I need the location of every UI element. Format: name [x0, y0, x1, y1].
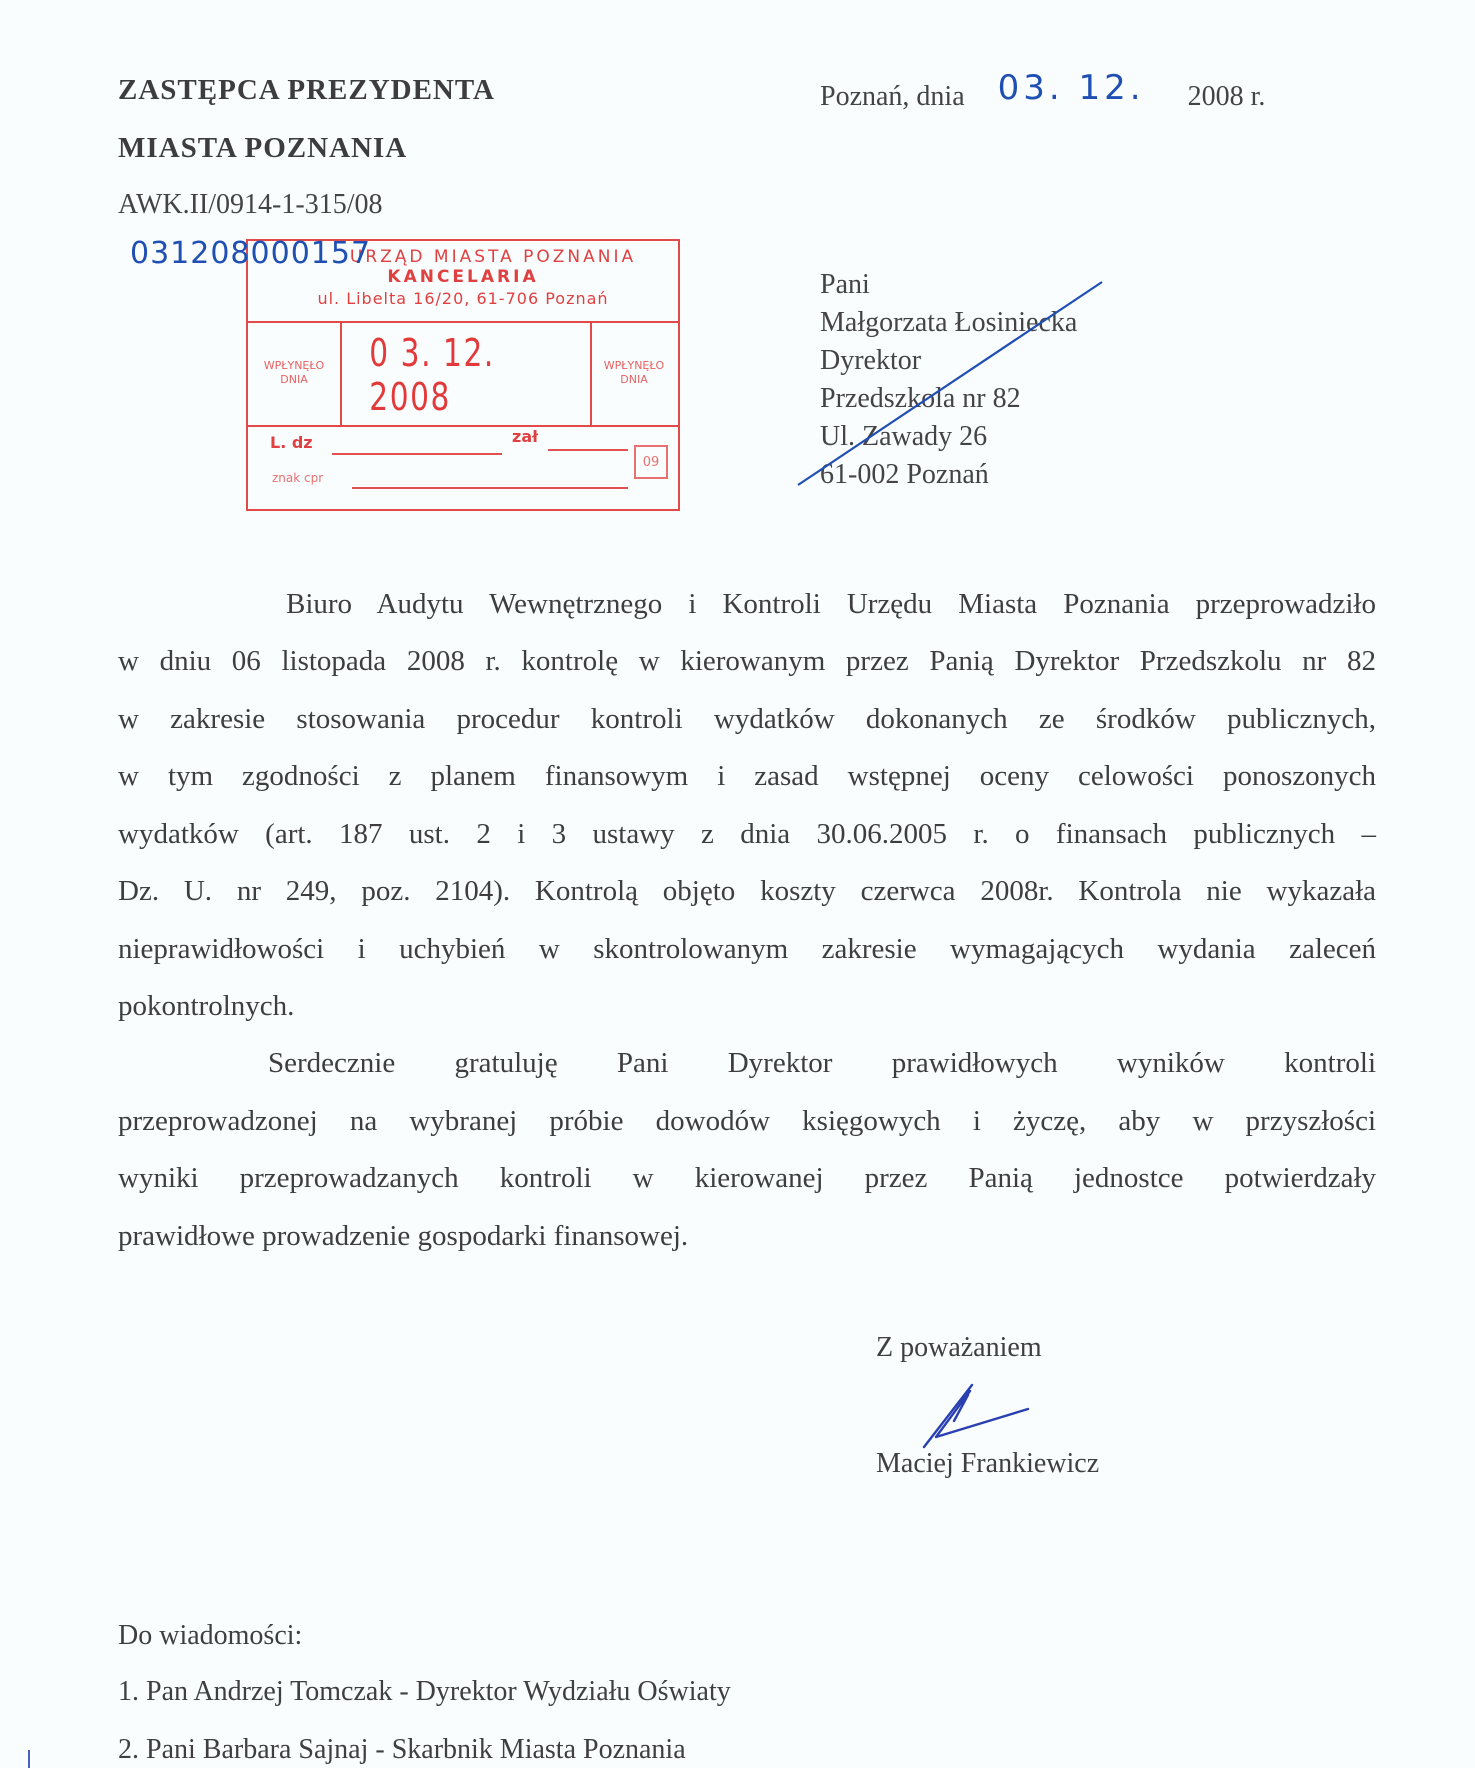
stamp-zal-line [548, 449, 628, 451]
reference-number: AWK.II/0914-1-315/08 [118, 189, 382, 221]
body-p1-line7: nieprawidłowości i uchybień w skontrolow… [118, 933, 1376, 966]
stamp-received-label-left: WPŁYNĘŁO DNIA [254, 359, 334, 387]
handwritten-registration-number: 031208000157 [130, 236, 371, 271]
distribution-heading: Do wiadomości: [118, 1620, 302, 1652]
body-p1-line3: w zakresie stosowania procedur kontroli … [118, 703, 1376, 736]
date-suffix: 2008 r. [1188, 81, 1266, 112]
body-p1-line8: pokontrolnych. [118, 990, 1376, 1023]
body-p2-line1: Serdecznie gratuluję Pani Dyrektor prawi… [268, 1047, 1376, 1080]
handwritten-signature [910, 1375, 1040, 1455]
issuer-title-line2: MIASTA POZNANIA [118, 132, 407, 165]
stamp-field-znak: znak cpr [272, 471, 323, 485]
stamp-field-zal: zał [512, 427, 538, 446]
body-p2-line3: wyniki przeprowadzanych kontroli w kiero… [118, 1162, 1376, 1195]
registry-stamp: URZĄD MIASTA POZNANIA KANCELARIA ul. Lib… [246, 239, 680, 511]
body-p1-line2: w dniu 06 listopada 2008 r. kontrolę w k… [118, 645, 1376, 678]
stamp-received-label-right: WPŁYNĘŁO DNIA [594, 359, 674, 387]
stamp-received-date: 0 3. 12. 2008 [369, 331, 562, 419]
body-p1-line1: Biuro Audytu Wewnętrznego i Kontroli Urz… [286, 588, 1376, 621]
stamp-znak-line [352, 487, 628, 489]
body-p2-line2: przeprowadzonej na wybranej próbie dowod… [118, 1105, 1376, 1138]
body-p2-line4: prawidłowe prowadzenie gospodarki finans… [118, 1220, 1376, 1253]
signatory-name: Maciej Frankiewicz [876, 1448, 1099, 1480]
body-p1-line4: w tym zgodności z planem finansowym i za… [118, 760, 1376, 793]
date-line: Poznań, dnia 03. 12. 2008 r. [820, 74, 1265, 114]
distribution-item: 1. Pan Andrzej Tomczak - Dyrektor Wydzia… [118, 1676, 731, 1708]
date-prefix: Poznań, dnia [820, 81, 965, 112]
issuer-title-line1: ZASTĘPCA PREZYDENTA [118, 74, 495, 107]
body-p1-line5: wydatków (art. 187 ust. 2 i 3 ustawy z d… [118, 818, 1376, 851]
stamp-code: 09 [634, 445, 668, 479]
stamp-field-ldz: L. dz [270, 433, 313, 452]
closing-phrase: Z poważaniem [876, 1332, 1042, 1364]
addressee-strike-line [790, 270, 1110, 500]
distribution-item: 2. Pani Barbara Sajnaj - Skarbnik Miasta… [118, 1734, 686, 1766]
handwritten-date: 03. 12. [998, 68, 1145, 108]
margin-ink-mark [28, 1750, 30, 1768]
body-p1-line6: Dz. U. nr 249, poz. 2104). Kontrolą obję… [118, 875, 1376, 908]
stamp-address: ul. Libelta 16/20, 61-706 Poznań [248, 289, 678, 308]
stamp-ldz-line [332, 453, 502, 455]
